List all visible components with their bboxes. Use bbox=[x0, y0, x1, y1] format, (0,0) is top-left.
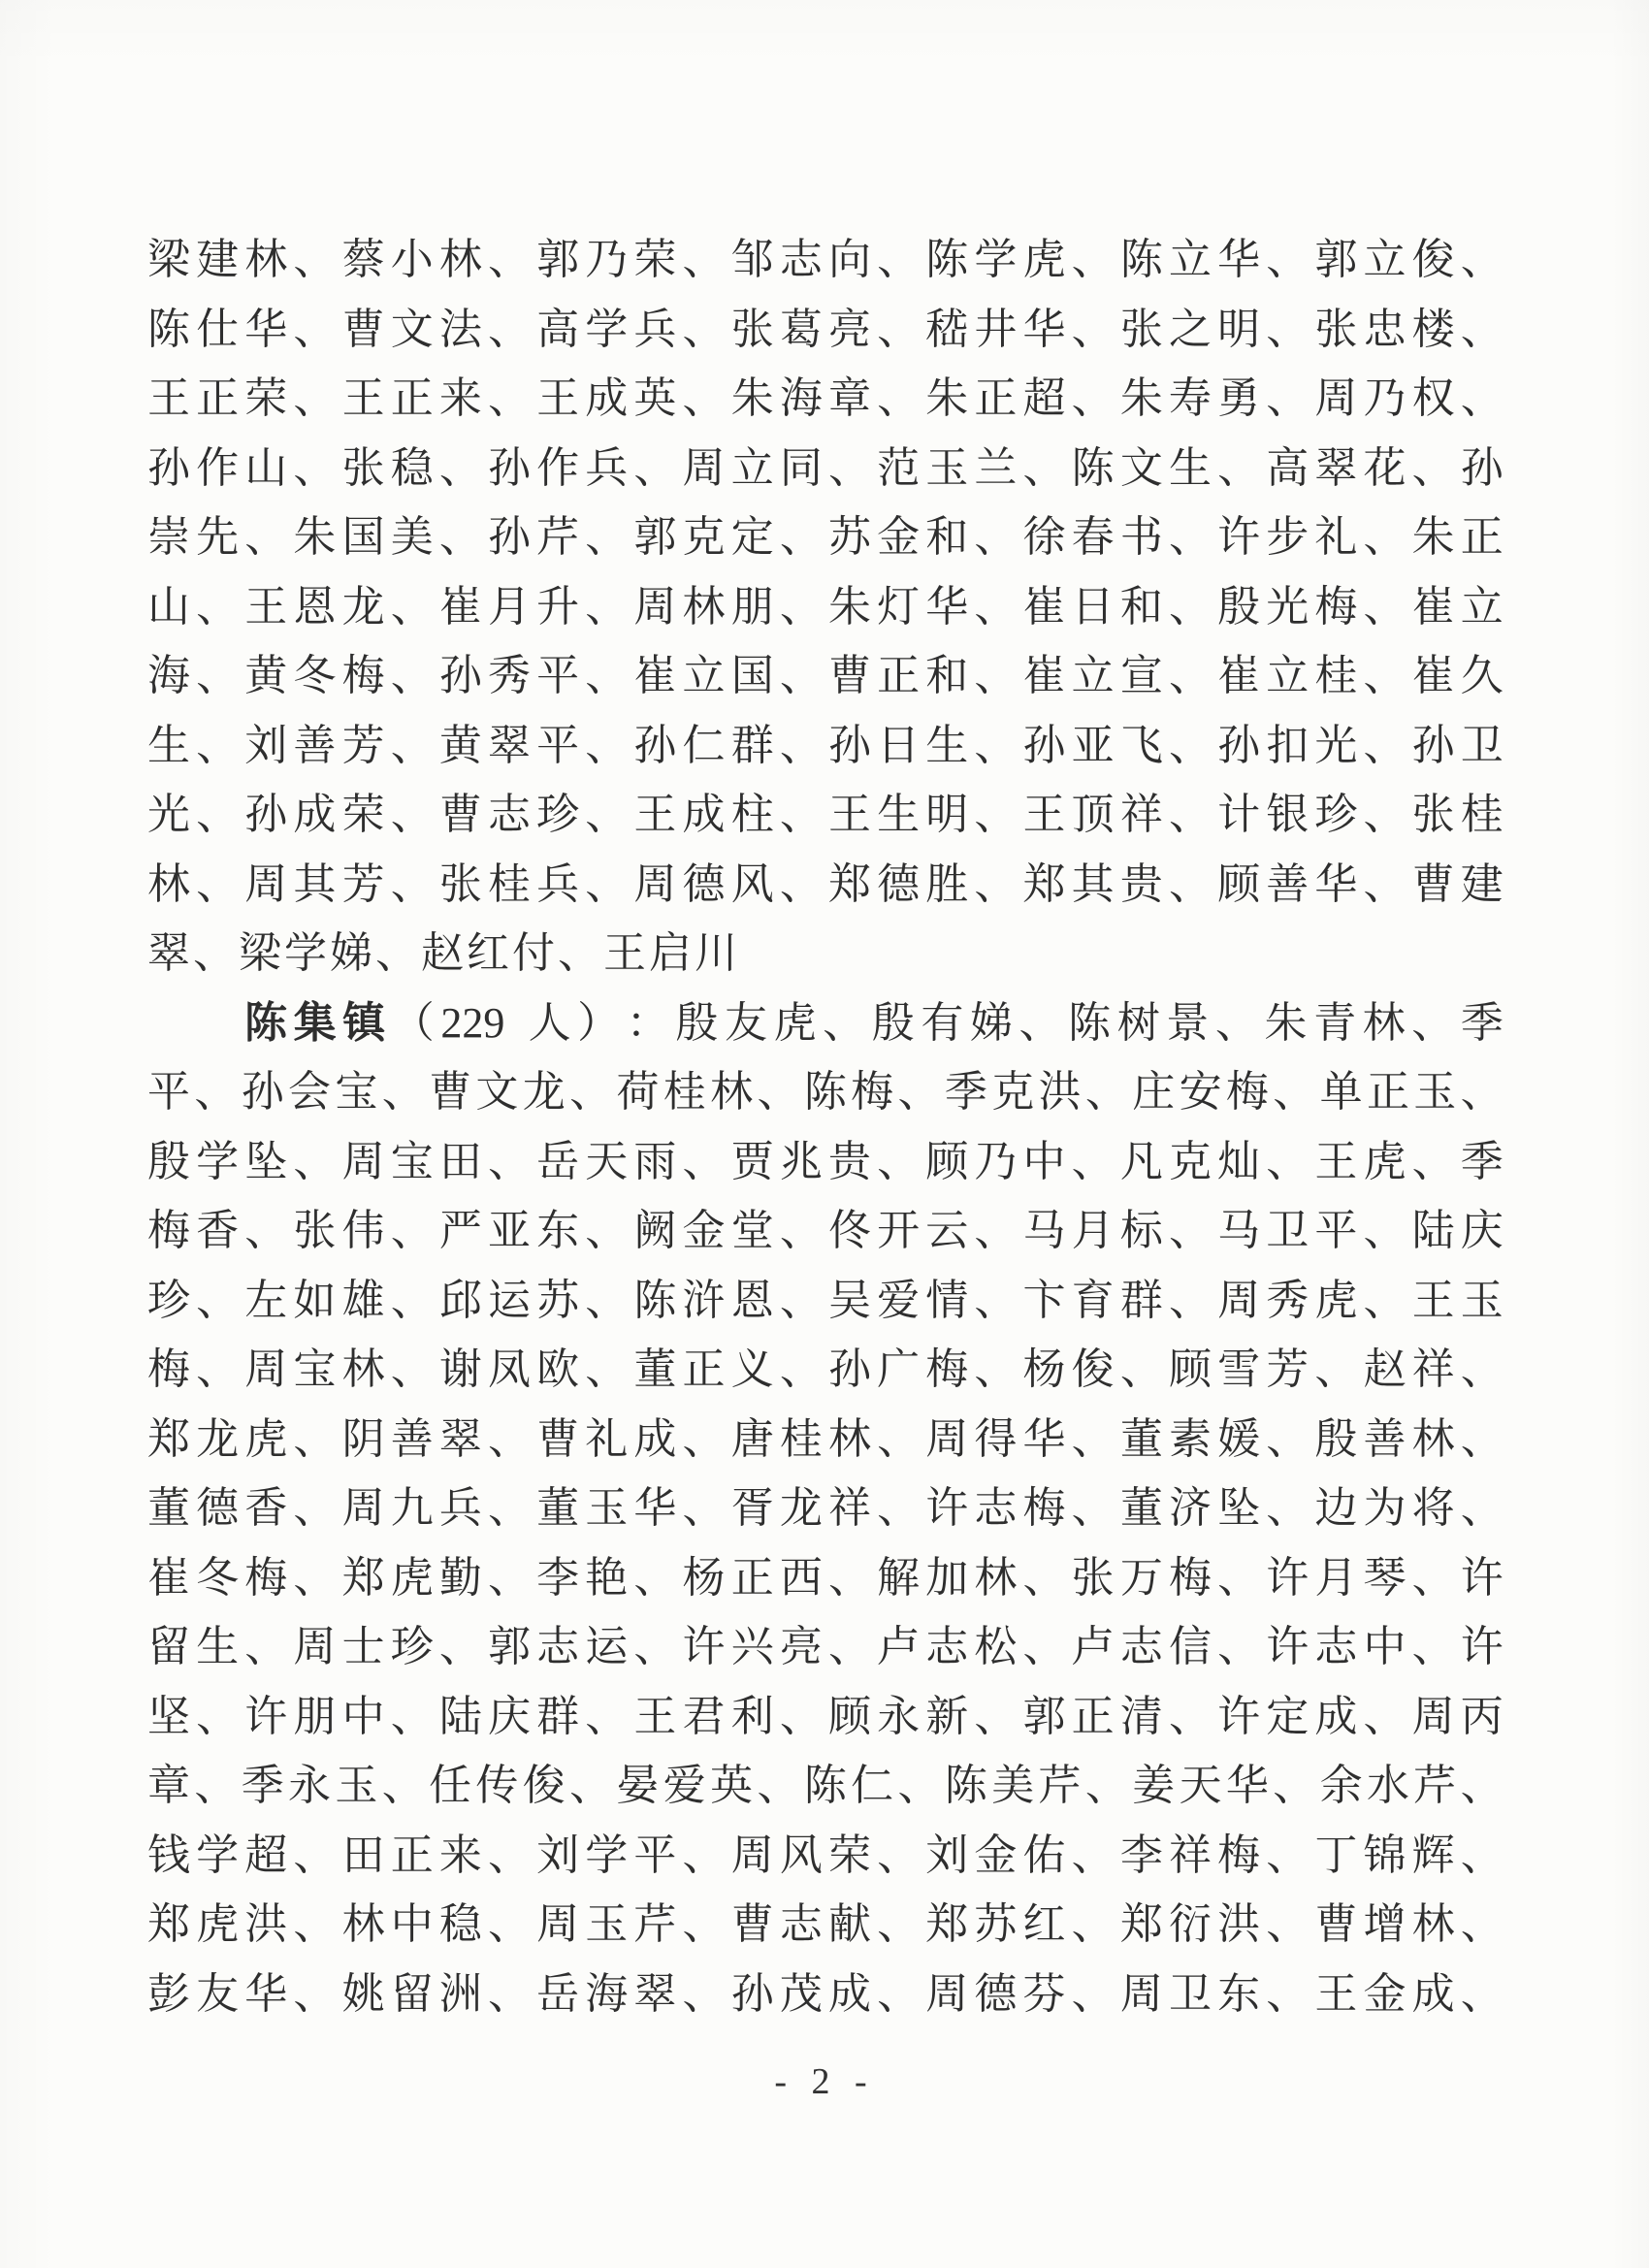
text-line: 坚、许朋中、陆庆群、王君利、顾永新、郭正清、许定成、周丙 bbox=[147, 1682, 1503, 1752]
char: 张 bbox=[1412, 780, 1455, 850]
char: 珍 bbox=[391, 1612, 434, 1682]
char: 义 bbox=[731, 1335, 774, 1405]
text-line: 梅香、张伟、严亚东、阙金堂、佟开云、马月标、马卫平、陆庆 bbox=[147, 1196, 1503, 1266]
char: 、 bbox=[1364, 572, 1406, 642]
char: 孙 bbox=[147, 434, 190, 503]
char: 、 bbox=[391, 850, 434, 920]
char: 梅 bbox=[147, 1335, 190, 1405]
char: 立 bbox=[683, 641, 726, 711]
text-block: 梁建林、蔡小林、郭乃荣、邹志向、陈学虎、陈立华、郭立俊、陈仕华、曹文法、高学兵、… bbox=[147, 225, 1503, 2028]
char: 群 bbox=[731, 711, 774, 781]
char: 王 bbox=[603, 929, 649, 977]
char: 善 bbox=[1266, 850, 1309, 920]
char: 献 bbox=[828, 1890, 871, 1960]
char: 龙 bbox=[342, 572, 385, 642]
char: 玉 bbox=[1413, 1057, 1456, 1127]
char: 将 bbox=[1412, 1474, 1455, 1543]
char: 、 bbox=[1461, 1474, 1503, 1543]
char: 万 bbox=[1120, 1543, 1163, 1613]
char: 中 bbox=[391, 1890, 434, 1960]
char: 、 bbox=[488, 1127, 531, 1197]
char: 堂 bbox=[731, 1196, 774, 1266]
char: 殷 bbox=[147, 1127, 190, 1197]
char: 梅 bbox=[851, 1057, 893, 1127]
char: 灿 bbox=[1217, 1127, 1260, 1197]
char: 荷 bbox=[616, 1057, 659, 1127]
char: 范 bbox=[877, 434, 920, 503]
char: 、 bbox=[196, 850, 239, 920]
char: 、 bbox=[1266, 1405, 1309, 1474]
char: 贵 bbox=[1120, 850, 1163, 920]
char: 华 bbox=[244, 295, 287, 365]
char: 水 bbox=[1367, 1751, 1409, 1821]
char: 卫 bbox=[1266, 1196, 1309, 1266]
char: 、 bbox=[1461, 295, 1503, 365]
text-line: 翠、梁学娣、赵红付、王启川 bbox=[147, 919, 1503, 988]
char: 郭 bbox=[633, 502, 676, 572]
char: 、 bbox=[1169, 1682, 1212, 1752]
char: 山 bbox=[244, 434, 287, 503]
char: 龙 bbox=[523, 1057, 566, 1127]
char: 梅 bbox=[1314, 572, 1357, 642]
char: 、 bbox=[877, 364, 920, 434]
char: 勤 bbox=[439, 1543, 482, 1613]
char: 、 bbox=[1364, 780, 1406, 850]
char: 树 bbox=[1117, 988, 1160, 1058]
char: 郭 bbox=[1314, 225, 1357, 295]
char: 、 bbox=[1266, 1821, 1309, 1891]
char: 、 bbox=[877, 1890, 920, 1960]
char: 恩 bbox=[293, 572, 336, 642]
char: 梅 bbox=[1217, 1821, 1260, 1891]
char: 林 bbox=[147, 850, 190, 920]
text-line: 梁建林、蔡小林、郭乃荣、邹志向、陈学虎、陈立华、郭立俊、 bbox=[147, 225, 1503, 295]
char: 孙 bbox=[1023, 711, 1066, 781]
char: 付 bbox=[512, 929, 558, 977]
char: 爱 bbox=[663, 1751, 706, 1821]
char: 、 bbox=[1072, 1960, 1115, 2029]
char: 虎 bbox=[1023, 225, 1066, 295]
text-line: 王正荣、王正来、王成英、朱海章、朱正超、朱寿勇、周乃权、 bbox=[147, 364, 1503, 434]
char: 嵇 bbox=[925, 295, 968, 365]
char: 运 bbox=[488, 1266, 531, 1336]
char: 秀 bbox=[1266, 1266, 1309, 1336]
char: 董 bbox=[147, 1474, 190, 1543]
char: 立 bbox=[1461, 572, 1503, 642]
char: 文 bbox=[1120, 434, 1163, 503]
char: 灯 bbox=[877, 572, 920, 642]
char: 谢 bbox=[439, 1335, 482, 1405]
char: 孙 bbox=[1461, 434, 1503, 503]
char: 陈 bbox=[1120, 225, 1163, 295]
char: 崔 bbox=[633, 641, 676, 711]
char: 、 bbox=[488, 295, 531, 365]
char: 、 bbox=[1072, 1821, 1115, 1891]
char: 许 bbox=[1217, 1682, 1260, 1752]
char: 翠 bbox=[147, 929, 193, 977]
char: 、 bbox=[974, 850, 1017, 920]
char: 素 bbox=[1169, 1405, 1212, 1474]
char: 许 bbox=[244, 1682, 287, 1752]
char: 郑 bbox=[147, 1890, 190, 1960]
char: 龙 bbox=[780, 1474, 823, 1543]
char: 董 bbox=[1120, 1474, 1163, 1543]
char: 朋 bbox=[293, 1682, 336, 1752]
char: 李 bbox=[536, 1543, 579, 1613]
char: 王 bbox=[633, 780, 676, 850]
char: 许 bbox=[1461, 1543, 1503, 1613]
char: 、 bbox=[391, 572, 434, 642]
char: 欧 bbox=[536, 1335, 579, 1405]
char: 顾 bbox=[925, 1127, 968, 1197]
char: 、 bbox=[569, 1751, 612, 1821]
char: 志 bbox=[780, 225, 823, 295]
char: 曹 bbox=[429, 1057, 471, 1127]
char: 、 bbox=[1169, 711, 1212, 781]
char: 善 bbox=[391, 1405, 434, 1474]
char: 、 bbox=[1266, 364, 1309, 434]
text-line: 海、黄冬梅、孙秀平、崔立国、曹正和、崔立宣、崔立桂、崔久 bbox=[147, 641, 1503, 711]
char: 荣 bbox=[342, 780, 385, 850]
char: 成 bbox=[1412, 1960, 1455, 2029]
char: 光 bbox=[1266, 572, 1309, 642]
char: 珍 bbox=[147, 1266, 190, 1336]
char: 周 bbox=[244, 1335, 287, 1405]
char: 川 bbox=[695, 929, 740, 977]
char: 、 bbox=[1023, 1612, 1066, 1682]
char: 柱 bbox=[731, 780, 774, 850]
char: 赵 bbox=[421, 929, 467, 977]
char: 、 bbox=[1461, 1821, 1503, 1891]
char: 郑 bbox=[828, 850, 871, 920]
char: 左 bbox=[244, 1266, 287, 1336]
char: 育 bbox=[1072, 1266, 1115, 1336]
char: 孙 bbox=[1217, 711, 1260, 781]
char: 学 bbox=[974, 225, 1017, 295]
char: 、 bbox=[1273, 1751, 1315, 1821]
char: 、 bbox=[585, 1196, 628, 1266]
char: 阙 bbox=[633, 1196, 676, 1266]
char: 季 bbox=[1461, 988, 1503, 1058]
text-line: 梅、周宝林、谢凤欧、董正义、孙广梅、杨俊、顾雪芳、赵祥、 bbox=[147, 1335, 1503, 1405]
char: 伟 bbox=[342, 1196, 385, 1266]
char: 镇 bbox=[342, 988, 385, 1058]
char: 翠 bbox=[1314, 434, 1357, 503]
char: 权 bbox=[1412, 364, 1455, 434]
char: 华 bbox=[925, 572, 968, 642]
char: 、 bbox=[877, 1960, 920, 2029]
char: 章 bbox=[828, 364, 871, 434]
char: 任 bbox=[429, 1751, 471, 1821]
char: 乃 bbox=[585, 225, 628, 295]
char: 卢 bbox=[1072, 1612, 1115, 1682]
char: 、 bbox=[439, 1612, 482, 1682]
char: 俊 bbox=[1072, 1335, 1115, 1405]
char: 、 bbox=[1169, 641, 1212, 711]
char: 王 bbox=[147, 364, 190, 434]
char: 宝 bbox=[293, 1335, 336, 1405]
char: 、 bbox=[974, 1266, 1017, 1336]
char: 情 bbox=[925, 1266, 968, 1336]
char: 美 bbox=[991, 1751, 1034, 1821]
char: 、 bbox=[1085, 1751, 1128, 1821]
char: 、 bbox=[488, 225, 531, 295]
char: 标 bbox=[1120, 1196, 1163, 1266]
char: 梅 bbox=[1226, 1057, 1269, 1127]
char: 德 bbox=[196, 1474, 239, 1543]
char: 、 bbox=[488, 364, 531, 434]
text-line: 钱学超、田正来、刘学平、周风荣、刘金佑、李祥梅、丁锦辉、 bbox=[147, 1821, 1503, 1891]
char: 中 bbox=[1023, 1127, 1066, 1197]
char: 黄 bbox=[244, 641, 287, 711]
char: 仁 bbox=[683, 711, 726, 781]
char: 朱 bbox=[1412, 502, 1455, 572]
char: 桂 bbox=[1461, 780, 1503, 850]
char: 陈 bbox=[945, 1751, 987, 1821]
char: 来 bbox=[439, 364, 482, 434]
char: 坠 bbox=[1217, 1474, 1260, 1543]
char: 、 bbox=[1023, 434, 1066, 503]
char: 卫 bbox=[1169, 1960, 1212, 2029]
char: 边 bbox=[1314, 1474, 1357, 1543]
char: 殷 bbox=[675, 988, 718, 1058]
char: 梁 bbox=[147, 225, 190, 295]
char: 、 bbox=[1461, 225, 1503, 295]
char: 华 bbox=[633, 1474, 676, 1543]
char: 、 bbox=[1461, 1960, 1503, 2029]
char: 庆 bbox=[488, 1682, 531, 1752]
char: 、 bbox=[196, 780, 239, 850]
char: 郑 bbox=[925, 1890, 968, 1960]
char: 玉 bbox=[585, 1474, 628, 1543]
char: （ bbox=[392, 988, 435, 1058]
char: 曹 bbox=[731, 1890, 774, 1960]
char: 、 bbox=[1364, 1196, 1406, 1266]
char: 浒 bbox=[683, 1266, 726, 1336]
char: 洲 bbox=[439, 1960, 482, 2029]
char: 勇 bbox=[1217, 364, 1260, 434]
char: 翠 bbox=[633, 1960, 676, 2029]
char: 、 bbox=[196, 641, 239, 711]
char: 亚 bbox=[1072, 711, 1115, 781]
char: 、 bbox=[293, 1543, 336, 1613]
char: 陈 bbox=[633, 1266, 676, 1336]
char: 、 bbox=[293, 1890, 336, 1960]
char: 善 bbox=[293, 711, 336, 781]
char: 、 bbox=[293, 1821, 336, 1891]
char: 周 bbox=[633, 850, 676, 920]
char: 、 bbox=[1072, 295, 1115, 365]
char: 礼 bbox=[585, 1405, 628, 1474]
char: 翠 bbox=[439, 1405, 482, 1474]
char: 来 bbox=[439, 1821, 482, 1891]
char: 、 bbox=[1217, 1612, 1260, 1682]
char: 红 bbox=[1023, 1890, 1066, 1960]
char: 洪 bbox=[244, 1890, 287, 1960]
char: 、 bbox=[391, 1335, 434, 1405]
char: 林 bbox=[342, 1335, 385, 1405]
char: 先 bbox=[196, 502, 239, 572]
char: 、 bbox=[877, 1127, 920, 1197]
char: 宣 bbox=[1120, 641, 1163, 711]
char: 、 bbox=[1461, 1405, 1503, 1474]
char: 佑 bbox=[1023, 1821, 1066, 1891]
char: 艳 bbox=[585, 1543, 628, 1613]
char: 正 bbox=[391, 1821, 434, 1891]
char: 日 bbox=[1072, 572, 1115, 642]
char: 刘 bbox=[536, 1821, 579, 1891]
char: 、 bbox=[1461, 1335, 1503, 1405]
char: 媛 bbox=[1217, 1405, 1260, 1474]
char: 、 bbox=[1169, 780, 1212, 850]
char: 建 bbox=[1461, 850, 1503, 920]
char: 钱 bbox=[147, 1821, 190, 1891]
char: 、 bbox=[196, 572, 239, 642]
char: 和 bbox=[925, 502, 968, 572]
char: 张 bbox=[1314, 295, 1357, 365]
char: 雨 bbox=[633, 1127, 676, 1197]
char: 许 bbox=[1461, 1612, 1503, 1682]
char: 景 bbox=[1166, 988, 1209, 1058]
char: 胥 bbox=[731, 1474, 774, 1543]
char: ） bbox=[577, 988, 620, 1058]
char: 、 bbox=[974, 1682, 1017, 1752]
char: 英 bbox=[633, 364, 676, 434]
char: 崇 bbox=[147, 502, 190, 572]
char: 风 bbox=[780, 1821, 823, 1891]
char: 祥 bbox=[1412, 1335, 1455, 1405]
char: 苏 bbox=[828, 502, 871, 572]
char: 王 bbox=[536, 364, 579, 434]
char: 冬 bbox=[293, 641, 336, 711]
char: 、 bbox=[558, 929, 603, 977]
char: 郑 bbox=[1023, 850, 1066, 920]
char: 正 bbox=[1461, 502, 1503, 572]
char: 月 bbox=[488, 572, 531, 642]
char: 、 bbox=[293, 295, 336, 365]
char: 卞 bbox=[1023, 1266, 1066, 1336]
char: 、 bbox=[196, 1682, 239, 1752]
char: 、 bbox=[877, 1405, 920, 1474]
char: 、 bbox=[585, 711, 628, 781]
char: 、 bbox=[1085, 1057, 1128, 1127]
char: 超 bbox=[1023, 364, 1066, 434]
char: 金 bbox=[683, 1196, 726, 1266]
char: 成 bbox=[633, 1405, 676, 1474]
char: 曹 bbox=[536, 1405, 579, 1474]
char: 、 bbox=[244, 1612, 287, 1682]
char: 、 bbox=[633, 1543, 676, 1613]
char: 梅 bbox=[1169, 1543, 1212, 1613]
char: 、 bbox=[898, 1751, 941, 1821]
char: 许 bbox=[1217, 502, 1260, 572]
char: 、 bbox=[293, 364, 336, 434]
char: 、 bbox=[488, 1960, 531, 2029]
char: 群 bbox=[536, 1682, 579, 1752]
char: 生 bbox=[196, 1612, 239, 1682]
char: 洪 bbox=[1039, 1057, 1082, 1127]
char: 周 bbox=[633, 572, 676, 642]
char: 、 bbox=[439, 434, 482, 503]
char: 、 bbox=[1461, 1890, 1503, 1960]
char: 琴 bbox=[1364, 1543, 1406, 1613]
char: 曹 bbox=[439, 780, 482, 850]
char: 周 bbox=[1217, 1266, 1260, 1336]
char: 、 bbox=[382, 1057, 425, 1127]
char: 刘 bbox=[244, 711, 287, 781]
char: 、 bbox=[780, 572, 823, 642]
char: 志 bbox=[1314, 1612, 1357, 1682]
char: 林 bbox=[1363, 988, 1406, 1058]
char: 、 bbox=[569, 1057, 612, 1127]
char: 加 bbox=[925, 1543, 968, 1613]
char: 文 bbox=[475, 1057, 518, 1127]
char: 人 bbox=[529, 988, 571, 1058]
char: 仁 bbox=[851, 1751, 893, 1821]
char: 成 bbox=[828, 1960, 871, 2029]
char: 平 bbox=[633, 1821, 676, 1891]
char: 崔 bbox=[1412, 641, 1455, 711]
char: 珍 bbox=[1314, 780, 1357, 850]
char: 云 bbox=[925, 1196, 968, 1266]
char: 、 bbox=[1072, 1474, 1115, 1543]
char: 兵 bbox=[585, 434, 628, 503]
char: 唐 bbox=[731, 1405, 774, 1474]
char: 、 bbox=[488, 1821, 531, 1891]
char: 桂 bbox=[780, 1405, 823, 1474]
char: 兵 bbox=[536, 850, 579, 920]
char: 张 bbox=[731, 295, 774, 365]
char: 陈 bbox=[804, 1751, 847, 1821]
char: 、 bbox=[780, 1196, 823, 1266]
char: 马 bbox=[1217, 1196, 1260, 1266]
char: 爱 bbox=[877, 1266, 920, 1336]
char: 苏 bbox=[536, 1266, 579, 1336]
char: 国 bbox=[731, 641, 774, 711]
char: 、 bbox=[1411, 988, 1454, 1058]
text-line: 林、周其芳、张桂兵、周德风、郑德胜、郑其贵、顾善华、曹建 bbox=[147, 850, 1503, 920]
char: 、 bbox=[1364, 1266, 1406, 1336]
char: 计 bbox=[1217, 780, 1260, 850]
char: 荣 bbox=[244, 364, 287, 434]
text-line: 崇先、朱国美、孙芹、郭克定、苏金和、徐春书、许步礼、朱正 bbox=[147, 502, 1503, 572]
char: 志 bbox=[780, 1890, 823, 1960]
char: 曹 bbox=[1412, 850, 1455, 920]
char: 如 bbox=[293, 1266, 336, 1336]
char: 祥 bbox=[1120, 780, 1163, 850]
char: 胜 bbox=[925, 850, 968, 920]
char: 、 bbox=[1120, 1335, 1163, 1405]
char: 定 bbox=[731, 502, 774, 572]
char: 、 bbox=[585, 780, 628, 850]
char: 九 bbox=[391, 1474, 434, 1543]
char: 清 bbox=[1120, 1682, 1163, 1752]
char: 东 bbox=[1217, 1960, 1260, 2029]
char: 乃 bbox=[974, 1127, 1017, 1197]
char: 山 bbox=[147, 572, 190, 642]
char: 孙 bbox=[633, 711, 676, 781]
char: 、 bbox=[828, 1612, 871, 1682]
char: 、 bbox=[1217, 434, 1260, 503]
char: 同 bbox=[780, 434, 823, 503]
char: 孙 bbox=[488, 434, 531, 503]
char: 王 bbox=[828, 780, 871, 850]
char: 单 bbox=[1320, 1057, 1363, 1127]
char: 久 bbox=[1461, 641, 1503, 711]
char: 、 bbox=[391, 1682, 434, 1752]
char: 海 bbox=[585, 1960, 628, 2029]
char: 周 bbox=[293, 1612, 336, 1682]
